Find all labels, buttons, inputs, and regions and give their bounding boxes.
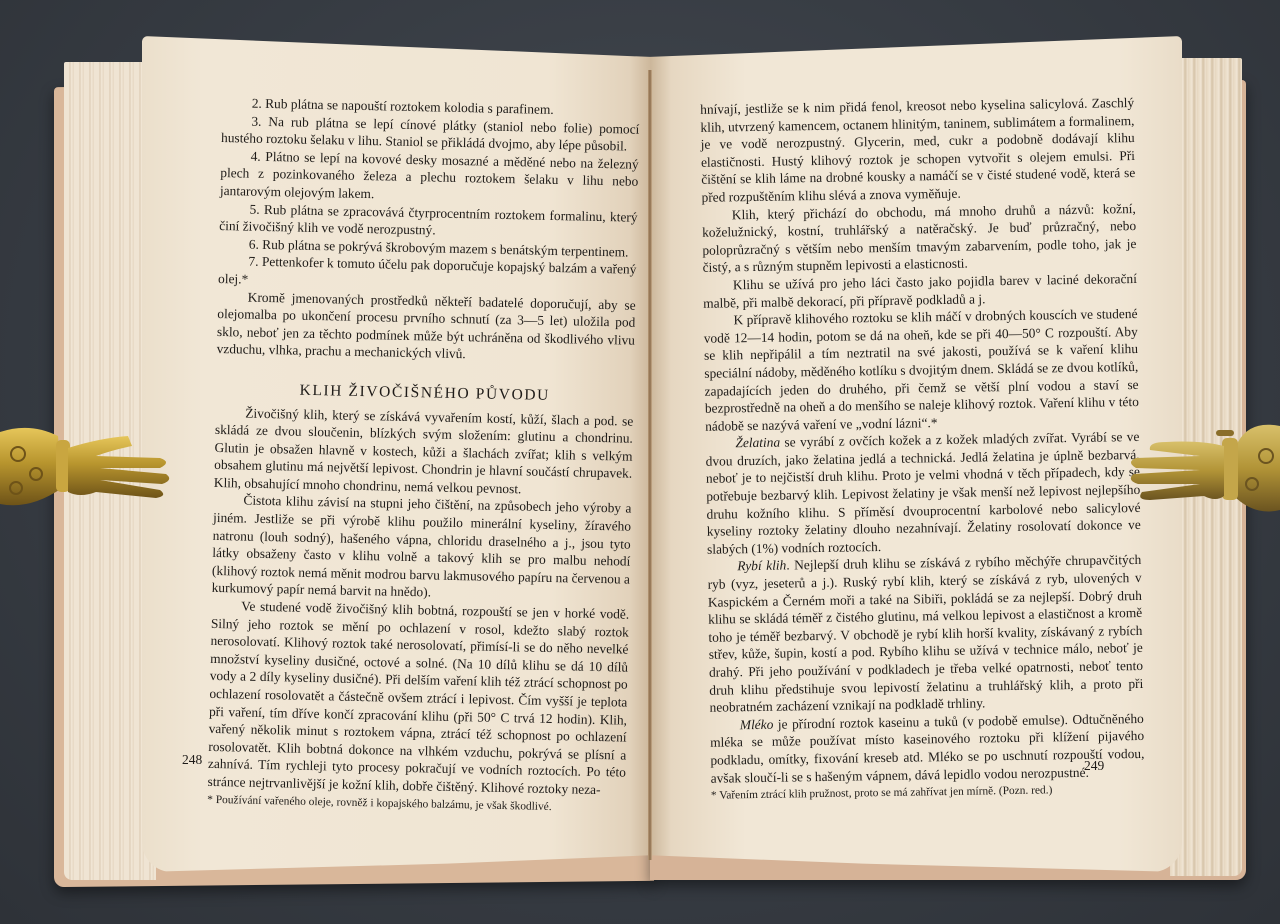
term: Rybí klih [737, 558, 786, 574]
term-paragraph-mleko: Mléko je přírodní roztok kaseinu a tuků … [710, 710, 1145, 787]
body-paragraph: Živočišný klih, který se získává vyvařen… [214, 403, 634, 500]
body-paragraph: Ve studené vodě živočišný klih bobtná, r… [207, 597, 629, 799]
term: Želatina [735, 435, 780, 451]
body-paragraph: Čistota klihu závisí na stupni jeho čišt… [211, 491, 631, 605]
body-paragraph: Kromě jmenovaných prostředků někteří bad… [216, 287, 635, 366]
term-paragraph-rybi-klih: Rybí klih. Nejlepší druh klihu se získáv… [707, 551, 1143, 716]
term-text: . Nejlepší druh klihu se získává z rybíh… [708, 552, 1144, 715]
chapter-title: KLIH ŽIVOČIŠNÉHO PŮVODU [216, 380, 634, 406]
page-number-left: 248 [182, 752, 202, 768]
page-number-right: 249 [1084, 758, 1104, 774]
book-gutter [648, 70, 652, 860]
body-paragraph: K přípravě klihového roztoku se klih máč… [703, 305, 1139, 435]
term-text: je přírodní roztok kaseinu a tuků (v pod… [710, 711, 1144, 786]
left-page-text: 2. Rub plátna se napouští roztokem kolod… [207, 94, 640, 816]
body-paragraph: Klih, který přichází do obchodu, má mnoh… [702, 200, 1137, 277]
right-page-text: hnívají, jestliže se k nim přidá fenol, … [700, 94, 1145, 804]
list-item: 4. Plátno se lepí na kovové desky mosazn… [220, 147, 639, 209]
term: Mléko [740, 717, 774, 733]
body-paragraph: hnívají, jestliže se k nim přidá fenol, … [700, 94, 1136, 206]
left-brass-hand-bookweight [0, 418, 175, 518]
term-paragraph-zelatina: Želatina se vyrábí z ovčích kožek a z ko… [705, 428, 1141, 558]
right-brass-hand-bookweight [1120, 412, 1280, 524]
